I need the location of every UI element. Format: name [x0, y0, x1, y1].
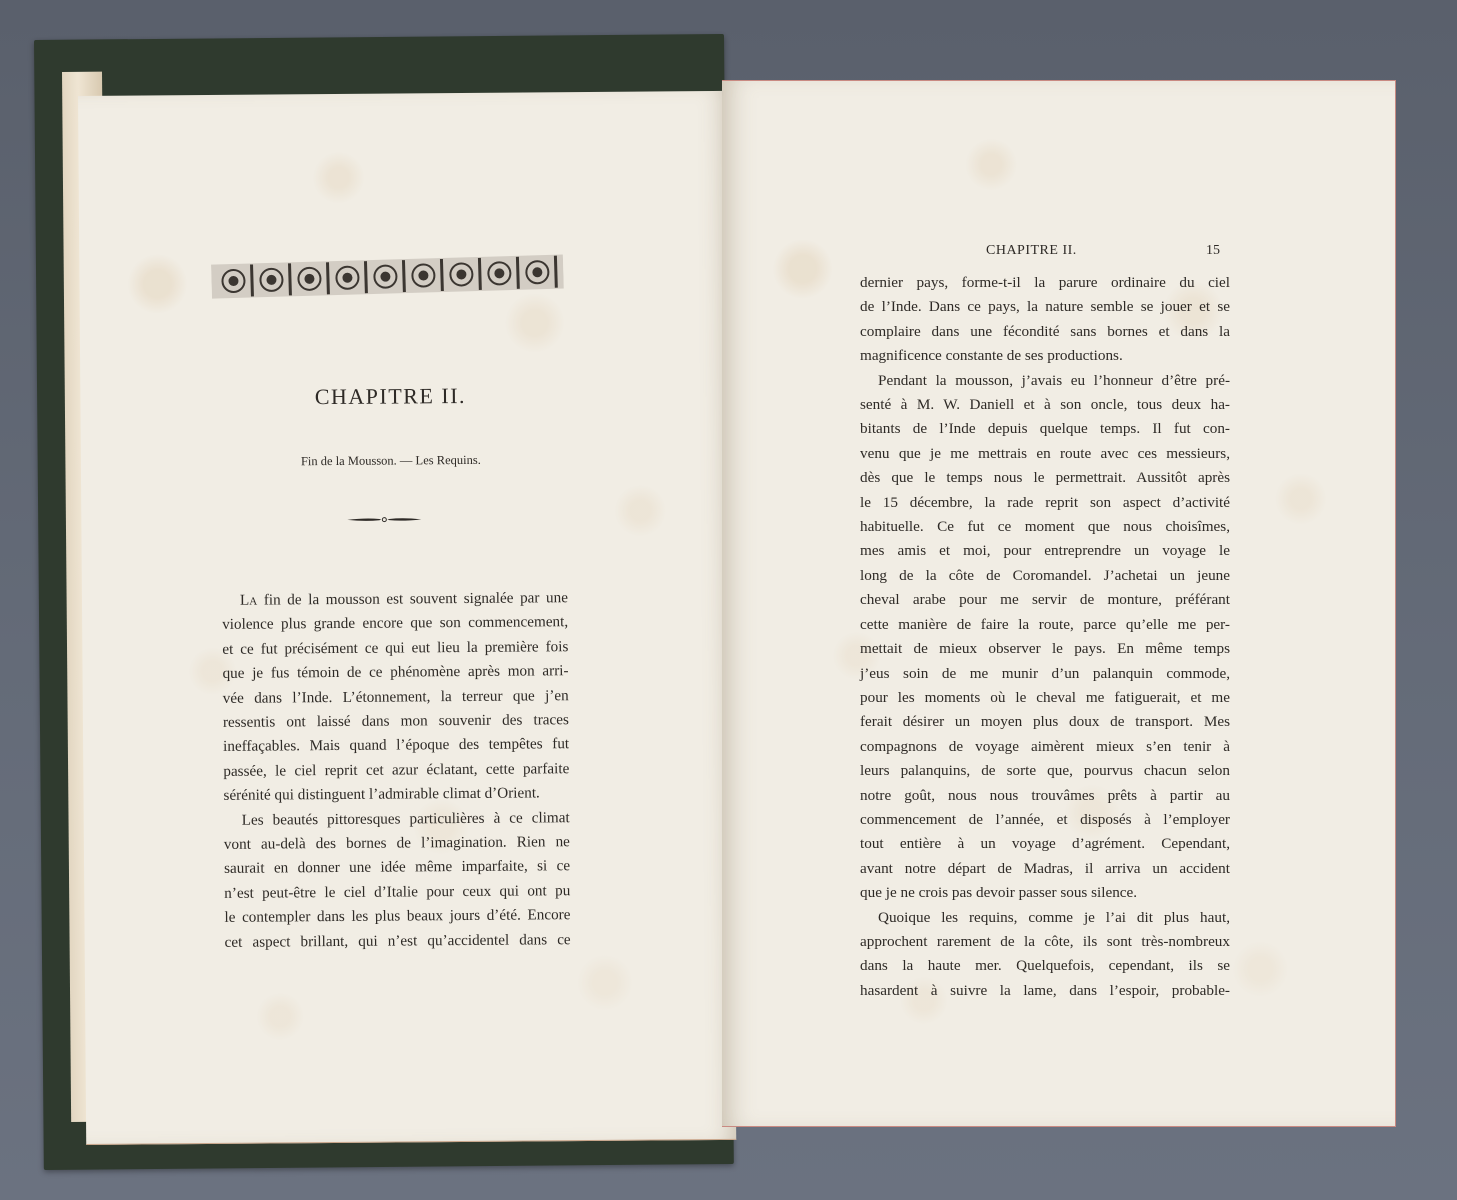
- text-line: ineffaçables. Mais quand l’époque des te…: [223, 733, 569, 760]
- text-line: hasardent à suivre la lame, dans l’espoi…: [860, 979, 1230, 1003]
- ornamental-rule-icon: [347, 515, 421, 524]
- text-line: mettait de mieux observer le pays. En mê…: [860, 637, 1230, 661]
- text-line: bitants de l’Inde depuis quelque temps. …: [860, 417, 1230, 441]
- text-line: ressentis ont laissé dans mon souvenir d…: [223, 708, 569, 735]
- text-line: saurait en donner une idée même imparfai…: [224, 855, 570, 882]
- text-line: vée dans l’Inde. L’étonnement, la terreu…: [223, 684, 569, 711]
- running-head: CHAPITRE II.: [986, 243, 1077, 259]
- text-line: leurs palanquins, de sorte que, pourvus …: [860, 759, 1230, 783]
- text-line: habituelle. Ce fut ce moment que nous ch…: [860, 515, 1230, 539]
- text-line: cette manière de faire la route, parce q…: [860, 613, 1230, 637]
- text-line: n’est peut-être le ciel d’Italie pour ce…: [224, 879, 570, 906]
- text-line: complaire dans une fécondité sans bornes…: [860, 320, 1230, 344]
- chapter-title: CHAPITRE II.: [80, 381, 700, 412]
- text-line: Pendant la mousson, j’avais eu l’honneur…: [860, 369, 1230, 393]
- text-line: magnificence constante de ses production…: [860, 344, 1230, 368]
- text-line: le contempler dans les plus beaux jours …: [224, 903, 570, 930]
- text-line: ferait désirer un moyen plus doux de tra…: [860, 710, 1230, 734]
- text-line: violence plus grande encore que son comm…: [222, 611, 568, 638]
- right-page-body-text: dernier pays, forme-t-il la parure ordin…: [860, 271, 1230, 1003]
- left-page-body-text: La fin de la mousson est souvent signalé…: [222, 586, 571, 955]
- text-line: senté à M. W. Daniell et à son oncle, to…: [860, 393, 1230, 417]
- text-line: j’eus soin de me munir d’un palanquin co…: [860, 662, 1230, 686]
- text-line: venu que je me mettrais en route avec ce…: [860, 442, 1230, 466]
- text-line: vont au-delà des bornes de l’imagination…: [224, 830, 570, 857]
- text-line: le 15 décembre, la rade reprit son aspec…: [860, 491, 1230, 515]
- text-line: et ce fut précisément ce qui eut lieu la…: [222, 635, 568, 662]
- text-line: dans la haute mer. Quelquefois, cependan…: [860, 954, 1230, 978]
- text-line: pour les moments où le cheval me fatigue…: [860, 686, 1230, 710]
- text-line: passée, le ciel reprit cet azur éclatant…: [223, 757, 569, 784]
- text-line: compagnons de voyage aimèrent mieux s’en…: [860, 735, 1230, 759]
- left-page: CHAPITRE II. Fin de la Mousson. — Les Re…: [78, 91, 736, 1145]
- text-line: commencement de l’année, et disposés à l…: [860, 808, 1230, 832]
- text-line: sérénité qui distinguent l’admirable cli…: [223, 781, 569, 808]
- text-line: dernier pays, forme-t-il la parure ordin…: [860, 271, 1230, 295]
- dropcap-word: La: [240, 592, 257, 609]
- text-line: tout entière à un voyage d’agrément. Cep…: [860, 832, 1230, 856]
- chapter-subtitle: Fin de la Mousson. — Les Requins.: [81, 451, 701, 471]
- text-line: notre goût, nous nous trouvâmes prêts à …: [860, 784, 1230, 808]
- text-line: avant notre départ de Madras, il arriva …: [860, 857, 1230, 881]
- text-line: dès que le temps nous le permettrait. Au…: [860, 466, 1230, 490]
- right-page: CHAPITRE II. 15 dernier pays, forme-t-il…: [722, 80, 1396, 1127]
- text-line: approchent rarement de la côte, ils sont…: [860, 930, 1230, 954]
- text-line: cheval arabe pour me servir de monture, …: [860, 588, 1230, 612]
- text-line: de l’Inde. Dans ce pays, la nature sembl…: [860, 295, 1230, 319]
- headpiece-ornament-icon: [211, 253, 564, 301]
- text-line: La fin de la mousson est souvent signalé…: [222, 586, 568, 613]
- text-line: que je ne crois pas devoir passer sous s…: [860, 881, 1230, 905]
- text-line: Les beautés pittoresques particulières à…: [224, 806, 570, 833]
- text-line: que je fus témoin de ce phénomène après …: [222, 659, 568, 686]
- text-line: cet aspect brillant, qui n’est qu’accide…: [225, 928, 571, 955]
- text-line: mes amis et moi, pour entreprendre un vo…: [860, 539, 1230, 563]
- text-line: long de la côte de Coromandel. J’achetai…: [860, 564, 1230, 588]
- text-line: Quoique les requins, comme je l’ai dit p…: [860, 906, 1230, 930]
- page-number: 15: [1206, 243, 1220, 259]
